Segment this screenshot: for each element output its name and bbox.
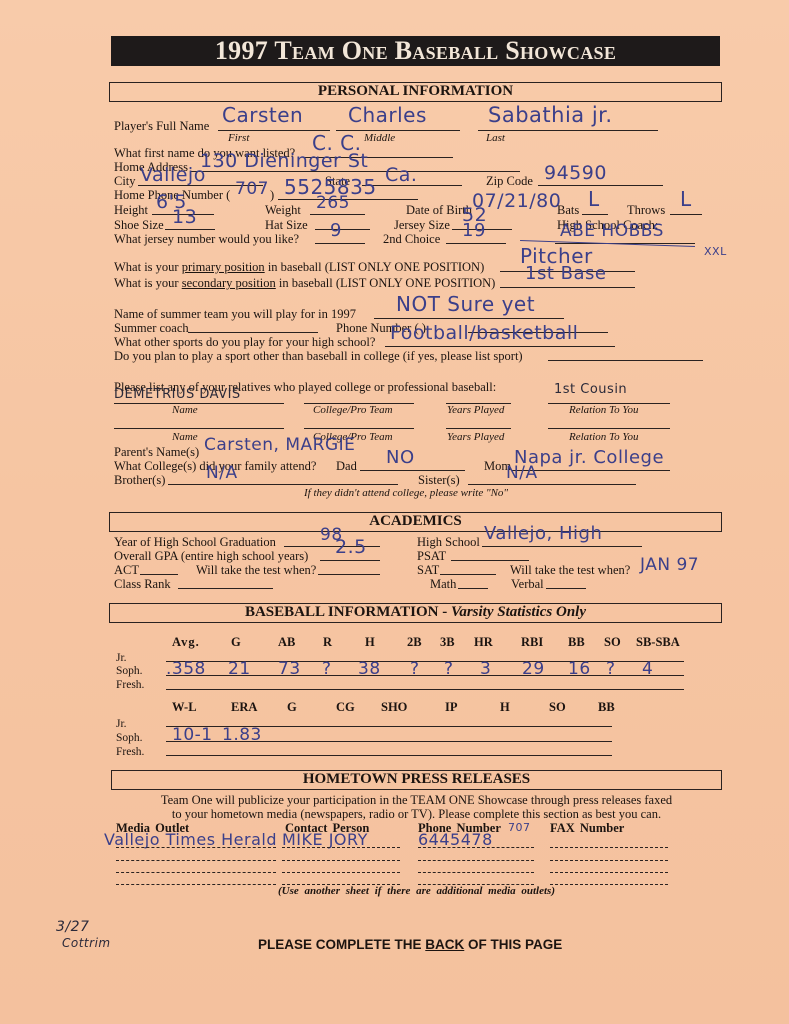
- hit-col-avg: Avg.: [172, 635, 200, 650]
- baseball-header-main: BASEBALL INFORMATION -: [245, 604, 451, 620]
- press-row2-contact[interactable]: [282, 850, 400, 861]
- soph-2b[interactable]: ?: [410, 660, 420, 678]
- secondary-position-label-u: secondary position: [182, 276, 276, 290]
- pitch-col-cg: CG: [336, 700, 355, 715]
- hit-col-rbi: RBI: [521, 635, 543, 650]
- soph-ab[interactable]: 73: [278, 660, 301, 678]
- press-row1-outlet[interactable]: [116, 837, 276, 848]
- primary-position-label-post: in baseball (LIST ONLY ONE POSITION): [265, 260, 485, 274]
- city-field[interactable]: Vallejo: [140, 166, 206, 184]
- coach-field[interactable]: ABE HOBBS: [560, 222, 664, 240]
- height-label: Height: [114, 203, 148, 217]
- sisters-line: [468, 471, 636, 485]
- phone-area-field[interactable]: 707: [235, 180, 269, 198]
- press-row4-fax[interactable]: [550, 874, 668, 885]
- hit-col-3b: 3B: [440, 635, 455, 650]
- grad-year-label: Year of High School Graduation: [114, 535, 276, 549]
- soph-bb[interactable]: 16: [568, 660, 591, 678]
- press-desc-line1: Team One will publicize your participati…: [109, 793, 724, 807]
- press-row4-contact[interactable]: [282, 874, 400, 885]
- xxl-note: XXL: [704, 243, 727, 261]
- soph-era[interactable]: 1.83: [222, 726, 262, 744]
- academics-header: ACADEMICS: [109, 512, 722, 532]
- last-name-field[interactable]: Sabathia jr.: [488, 106, 613, 124]
- other-sports-label: What other sports do you play for your h…: [114, 335, 375, 349]
- soph-3b[interactable]: ?: [444, 660, 454, 678]
- address-field[interactable]: 130 Dieninger St: [200, 152, 368, 170]
- hit-row-soph: Soph.: [116, 664, 143, 678]
- brothers-field[interactable]: N/A: [206, 464, 238, 482]
- press-row2-fax[interactable]: [550, 850, 668, 861]
- soph-so[interactable]: ?: [606, 660, 616, 678]
- secondary-position-field[interactable]: 1st Base: [525, 265, 606, 283]
- sisters-label: Sister(s): [418, 473, 460, 487]
- sat-line: [440, 561, 496, 575]
- summer-team-field[interactable]: NOT Sure yet: [396, 295, 535, 313]
- primary-position-label: What is your primary position in basebal…: [114, 260, 484, 274]
- hat-label: Hat Size: [265, 218, 308, 232]
- press-row1-contact[interactable]: [282, 837, 400, 848]
- relative-1-name-field[interactable]: DEMETRIUS DAVIS: [114, 386, 241, 404]
- act-label: ACT: [114, 563, 139, 577]
- hit-col-hr: HR: [474, 635, 493, 650]
- first-caption: First: [228, 132, 249, 144]
- verbal-line: [546, 575, 586, 589]
- press-row2-phone[interactable]: [418, 850, 534, 861]
- pitch-col-wl: W-L: [172, 700, 197, 715]
- jersey-number-field[interactable]: 9: [330, 222, 342, 240]
- relative-relation-caption-2: Relation To You: [569, 431, 639, 443]
- throws-label: Throws: [627, 203, 665, 217]
- class-rank-line: [178, 575, 273, 589]
- form-page: 1997 Team One Baseball Showcase PERSONAL…: [0, 0, 789, 1024]
- relative-1-relation-field[interactable]: 1st Cousin: [554, 381, 627, 399]
- sisters-field[interactable]: N/A: [506, 464, 538, 482]
- pitch-col-so: SO: [549, 700, 566, 715]
- phone-close-paren: ): [270, 188, 274, 202]
- gpa-field[interactable]: 2.5: [335, 538, 367, 556]
- hit-fresh-line: [166, 689, 684, 690]
- second-choice-label: 2nd Choice: [383, 232, 440, 246]
- shoe-field[interactable]: 13: [172, 208, 197, 226]
- bats-field[interactable]: L: [588, 190, 600, 208]
- summer-coach-line: [188, 319, 318, 333]
- weight-field[interactable]: 265: [316, 194, 350, 212]
- pitch-col-h: H: [500, 700, 510, 715]
- soph-h[interactable]: 38: [358, 660, 381, 678]
- pitch-row-soph: Soph.: [116, 731, 143, 745]
- college-sport-label: Do you plan to play a sport other than b…: [114, 349, 523, 363]
- press-row4-phone[interactable]: [418, 874, 534, 885]
- soph-g[interactable]: 21: [228, 660, 251, 678]
- pitch-fresh-line: [166, 755, 612, 756]
- secondary-position-label-post: in baseball (LIST ONLY ONE POSITION): [276, 276, 496, 290]
- state-field[interactable]: Ca.: [385, 166, 417, 184]
- soph-avg[interactable]: .358: [166, 660, 206, 678]
- zip-field[interactable]: 94590: [544, 164, 607, 182]
- other-sports-field[interactable]: Football/basketball: [390, 324, 578, 342]
- math-label: Math: [430, 577, 456, 591]
- hat-line: [315, 216, 370, 230]
- no-college-note: If they didn't attend college, please wr…: [304, 487, 508, 499]
- bats-label: Bats: [557, 203, 579, 217]
- pitch-row-fresh: Fresh.: [116, 745, 144, 759]
- hit-col-sb-sba: SB-SBA: [636, 635, 680, 650]
- soph-sb-sba[interactable]: 4: [642, 660, 653, 678]
- primary-position-label-pre: What is your: [114, 260, 182, 274]
- pitch-col-sho: SHO: [381, 700, 407, 715]
- pitch-col-era: ERA: [231, 700, 257, 715]
- middle-caption: Middle: [364, 132, 395, 144]
- college-sport-line: [548, 347, 703, 361]
- soph-wl[interactable]: 10-1: [172, 726, 213, 744]
- weight-label: Weight: [265, 203, 301, 217]
- primary-position-label-u: primary position: [182, 260, 265, 274]
- dad-field[interactable]: NO: [386, 449, 415, 467]
- press-releases-header: HOMETOWN PRESS RELEASES: [111, 770, 722, 790]
- hit-row-fresh: Fresh.: [116, 678, 144, 692]
- brothers-line: [168, 471, 398, 485]
- soph-rbi[interactable]: 29: [522, 660, 545, 678]
- soph-hr[interactable]: 3: [480, 660, 491, 678]
- parents-field[interactable]: Carsten, MARGIE: [204, 436, 355, 454]
- second-choice-field[interactable]: 19: [462, 222, 486, 240]
- pitch-col-ip: IP: [445, 700, 458, 715]
- footer-post: OF THIS PAGE: [464, 937, 562, 952]
- middle-name-field[interactable]: Charles: [348, 106, 427, 124]
- hit-col-2b: 2B: [407, 635, 422, 650]
- math-line: [458, 575, 488, 589]
- press-row3-phone[interactable]: [418, 862, 534, 873]
- press-desc-line2: to your hometown media (newspapers, radi…: [109, 807, 724, 821]
- pitch-col-bb: BB: [598, 700, 615, 715]
- act-line: [140, 561, 178, 575]
- hit-col-bb: BB: [568, 635, 585, 650]
- first-name-field[interactable]: Carsten: [222, 106, 303, 124]
- sat-when-field[interactable]: JAN 97: [640, 556, 699, 574]
- high-school-field[interactable]: Vallejo, High: [484, 525, 602, 543]
- psat-line: [451, 547, 529, 561]
- margin-note-name: Cottrim: [62, 934, 111, 952]
- sat-label: SAT: [417, 563, 439, 577]
- footer-back: BACK: [425, 937, 464, 952]
- hit-row-jr: Jr.: [116, 651, 127, 665]
- personal-info-header: PERSONAL INFORMATION: [109, 82, 722, 102]
- footer-pre: PLEASE COMPLETE THE: [258, 937, 425, 952]
- pitch-row-jr: Jr.: [116, 717, 127, 731]
- hit-col-h: H: [365, 635, 375, 650]
- hit-col-g: G: [231, 635, 241, 650]
- relative-1-team-line: [304, 390, 414, 404]
- brothers-label: Brother(s): [114, 473, 165, 487]
- press-row3-outlet[interactable]: [116, 862, 276, 873]
- relative-2-relation-line: [548, 415, 670, 429]
- jersey-size-label: Jersey Size: [394, 218, 450, 232]
- hit-col-r: R: [323, 635, 332, 650]
- shoe-label: Shoe Size: [114, 218, 164, 232]
- press-row3-fax[interactable]: [550, 862, 668, 873]
- press-row1-fax[interactable]: [550, 837, 668, 848]
- city-label: City: [114, 174, 136, 188]
- relative-name-caption-2: Name: [172, 431, 198, 443]
- class-rank-label: Class Rank: [114, 577, 171, 591]
- press-row2-outlet[interactable]: [116, 850, 276, 861]
- summer-coach-label: Summer coach: [114, 321, 189, 335]
- pitch-col-g: G: [287, 700, 297, 715]
- relative-2-name-line: [114, 415, 284, 429]
- relative-years-caption-2: Years Played: [447, 431, 504, 443]
- press-row4-outlet[interactable]: [116, 874, 276, 885]
- baseball-info-header: BASEBALL INFORMATION - Varsity Statistic…: [109, 603, 722, 623]
- footer-instruction: PLEASE COMPLETE THE BACK OF THIS PAGE: [258, 937, 562, 952]
- press-col-fax: FAX Number: [550, 821, 624, 836]
- form-title: 1997 Team One Baseball Showcase: [111, 36, 720, 66]
- baseball-header-italic: Varsity Statistics Only: [451, 604, 586, 620]
- relative-1-years-line: [446, 390, 511, 404]
- zip-label: Zip Code: [486, 174, 533, 188]
- soph-r[interactable]: ?: [322, 660, 332, 678]
- parents-label: Parent's Name(s): [114, 445, 199, 459]
- relative-2-years-line: [446, 415, 511, 429]
- press-row3-contact[interactable]: [282, 862, 400, 873]
- hit-col-ab: AB: [278, 635, 295, 650]
- secondary-position-label-pre: What is your: [114, 276, 182, 290]
- hit-col-so: SO: [604, 635, 621, 650]
- secondary-position-label: What is your secondary position in baseb…: [114, 276, 495, 290]
- verbal-label: Verbal: [511, 577, 544, 591]
- press-row1-phone[interactable]: [418, 837, 534, 848]
- relative-2-team-line: [304, 415, 414, 429]
- press-note: (Use another sheet if there are addition…: [109, 885, 724, 897]
- jersey-number-label: What jersey number would you like?: [114, 232, 299, 246]
- act-when-line: [318, 561, 380, 575]
- last-caption: Last: [486, 132, 505, 144]
- press-phone-area-note: 707: [508, 819, 531, 837]
- throws-field[interactable]: L: [680, 190, 692, 208]
- full-name-label: Player's Full Name: [114, 119, 209, 133]
